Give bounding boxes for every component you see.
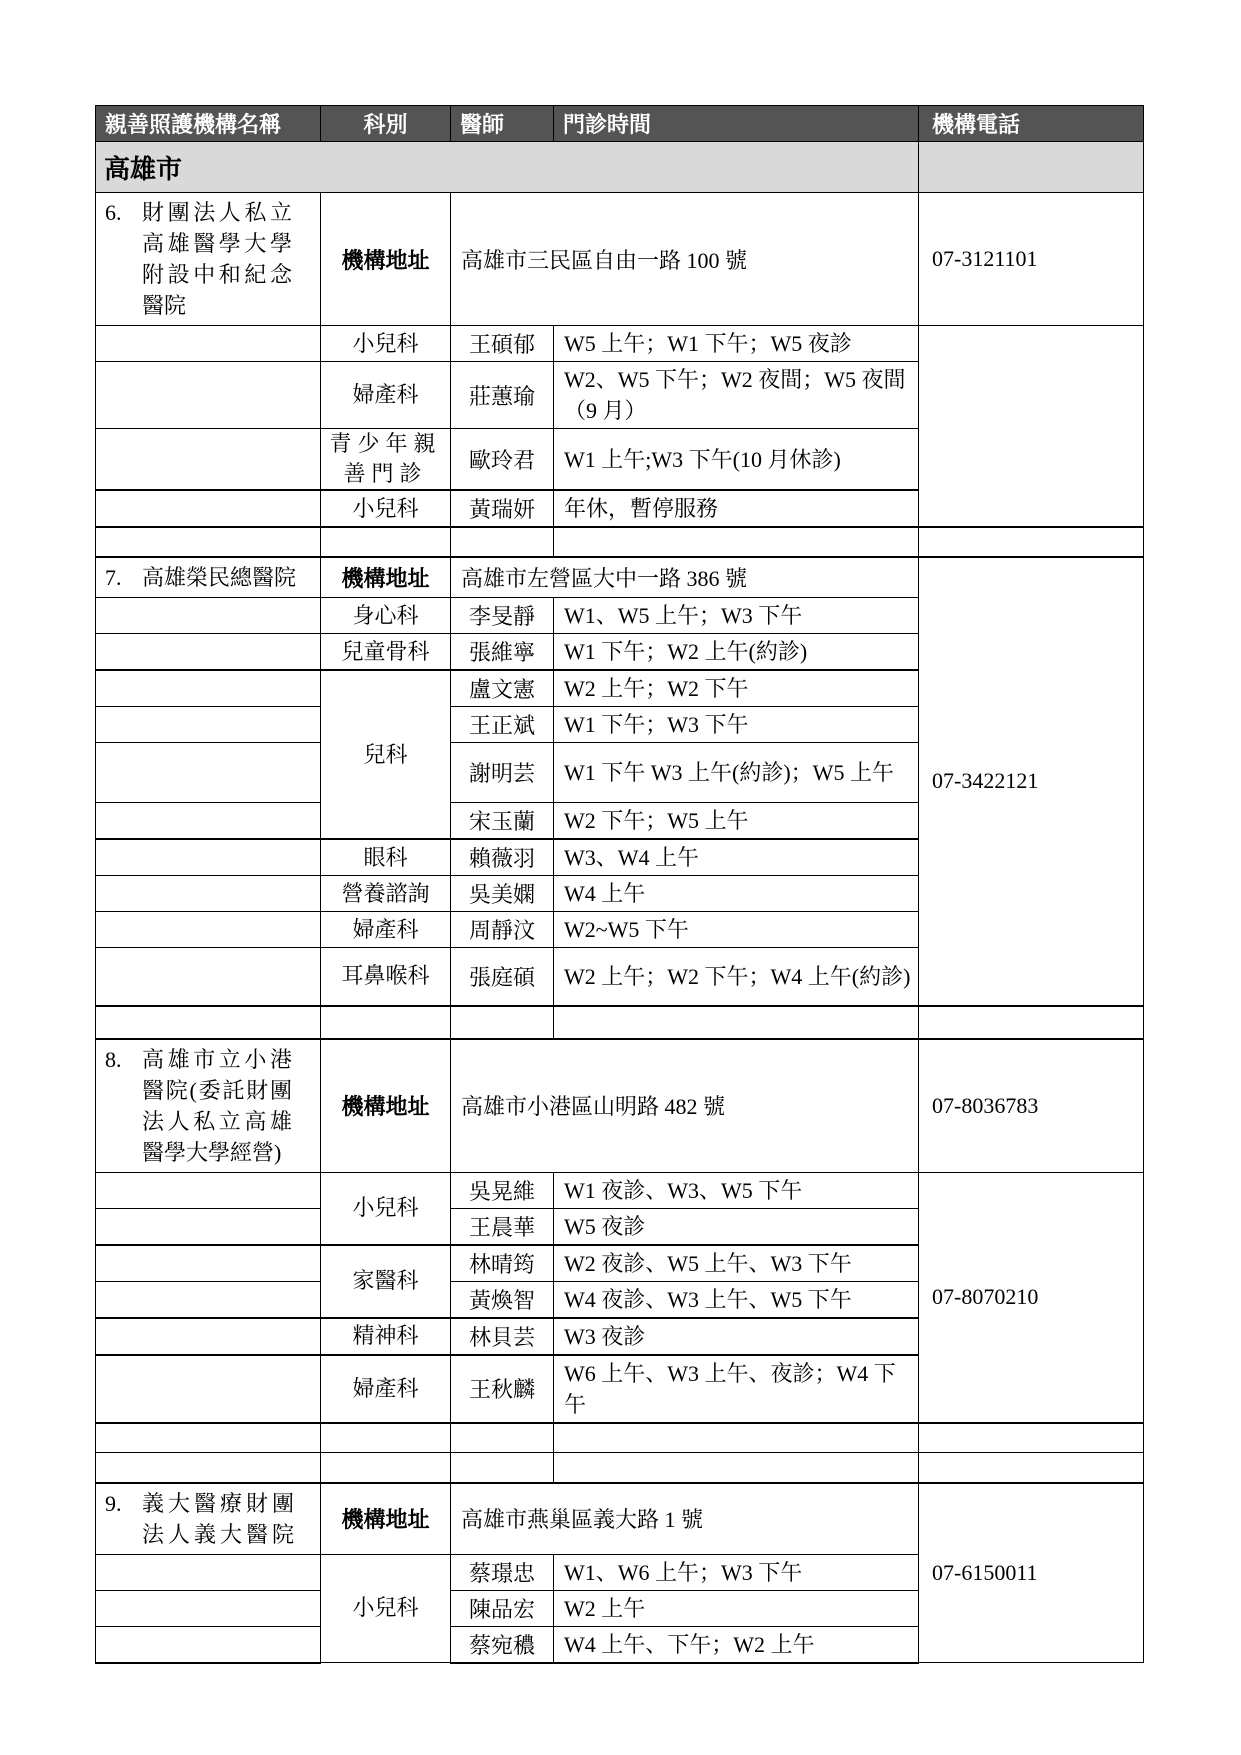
hospital-name: 6. 財團法人私立高雄醫學大學附設中和紀念醫院 (105, 197, 318, 321)
care-institution-table: 親善照護機構名稱 科別 醫師 門診時間 機構電話 高雄市 6. 財團法人私立高雄… (95, 105, 1144, 1664)
empty-cell (96, 1006, 321, 1039)
doctor-cell: 賴薇羽 (451, 839, 554, 876)
hours-cell: W2 上午；W2 下午 (554, 670, 919, 707)
empty-cell (96, 429, 321, 491)
hours-cell: W1、W5 上午；W3 下午 (554, 598, 919, 634)
empty-cell (96, 743, 321, 803)
empty-cell (554, 1453, 919, 1483)
address-value: 高雄市小港區山明路 482 號 (451, 1039, 919, 1173)
hospital-name-cell: 9. 義大醫療財團法人義大醫院 (96, 1483, 321, 1555)
hospital-name-cell: 8. 高雄市立小港醫院(委託財團法人私立高雄醫學大學經營) (96, 1039, 321, 1173)
col-header-doctor: 醫師 (451, 106, 554, 142)
doctor-cell: 歐玲君 (451, 429, 554, 491)
hours-cell: W4 上午 (554, 876, 919, 912)
empty-cell (451, 527, 554, 557)
doctor-cell: 莊蕙瑜 (451, 362, 554, 429)
empty-cell (96, 1626, 321, 1663)
empty-cell (96, 326, 321, 362)
dept-cell: 家醫科 (321, 1245, 451, 1318)
hospital-name: 8. 高雄市立小港醫院(委託財團法人私立高雄醫學大學經營) (105, 1044, 318, 1168)
dept-cell: 精神科 (321, 1318, 451, 1355)
document-page: 親善照護機構名稱 科別 醫師 門診時間 機構電話 高雄市 6. 財團法人私立高雄… (0, 0, 1241, 1755)
doctor-cell: 李旻靜 (451, 598, 554, 634)
address-value: 高雄市三民區自由一路 100 號 (451, 193, 919, 326)
address-label: 機構地址 (321, 1483, 451, 1555)
hospital-7-address-row: 7. 高雄榮民總醫院 機構地址 高雄市左營區大中一路 386 號 07-3422… (96, 557, 1144, 598)
hours-cell: W4 上午、下午；W2 上午 (554, 1626, 919, 1663)
hours-cell: W3 夜診 (554, 1318, 919, 1355)
empty-cell (96, 803, 321, 840)
empty-cell (554, 527, 919, 557)
address-label: 機構地址 (321, 557, 451, 598)
phone-value: 07-3422121 (919, 557, 1144, 1006)
separator-row (96, 1006, 1144, 1039)
doctor-cell: 宋玉蘭 (451, 803, 554, 840)
hours-cell: W1 下午；W3 下午 (554, 707, 919, 743)
address-value: 高雄市燕巢區義大路 1 號 (451, 1483, 919, 1555)
hospital-name-text: 義大醫療財團法人義大醫院 (142, 1488, 300, 1550)
empty-cell (451, 1423, 554, 1453)
doctor-cell: 王碩郁 (451, 326, 554, 362)
hospital-9-address-row: 9. 義大醫療財團法人義大醫院 機構地址 高雄市燕巢區義大路 1 號 07-61… (96, 1483, 1144, 1555)
hospital-name: 7. 高雄榮民總醫院 (105, 562, 318, 593)
doctor-row: 小兒科 吳晃維 W1 夜診、W3、W5 下午 07-8070210 (96, 1172, 1144, 1208)
hospital-6-address-row: 6. 財團法人私立高雄醫學大學附設中和紀念醫院 機構地址 高雄市三民區自由一路 … (96, 193, 1144, 326)
doctor-cell: 周靜汶 (451, 912, 554, 948)
empty-cell (96, 1208, 321, 1245)
empty-cell (451, 1006, 554, 1039)
doctor-cell: 謝明芸 (451, 743, 554, 803)
empty-cell (919, 527, 1144, 557)
empty-cell (321, 527, 451, 557)
col-header-institution: 親善照護機構名稱 (96, 106, 321, 142)
doctor-cell: 王正斌 (451, 707, 554, 743)
dept-cell: 身心科 (321, 598, 451, 634)
empty-cell (96, 839, 321, 876)
empty-cell (919, 1006, 1144, 1039)
hours-cell: W1、W6 上午；W3 下午 (554, 1554, 919, 1590)
dept-cell: 小兒科 (321, 326, 451, 362)
col-header-hours: 門診時間 (554, 106, 919, 142)
hours-cell: W1 下午 W3 上午(約診)；W5 上午 (554, 743, 919, 803)
doctor-cell: 黃瑞妍 (451, 490, 554, 527)
city-section-phone-cell (919, 142, 1144, 193)
hours-cell: W3、W4 上午 (554, 839, 919, 876)
phone-value: 07-8036783 (919, 1039, 1144, 1173)
empty-cell (96, 490, 321, 527)
dept-cell: 兒科 (321, 670, 451, 839)
doctor-cell: 黃煥智 (451, 1281, 554, 1318)
phone-value: 07-8070210 (919, 1172, 1144, 1423)
hospital-8-address-row: 8. 高雄市立小港醫院(委託財團法人私立高雄醫學大學經營) 機構地址 高雄市小港… (96, 1039, 1144, 1173)
dept-cell: 小兒科 (321, 490, 451, 527)
hospital-name: 9. 義大醫療財團法人義大醫院 (105, 1488, 318, 1550)
hospital-name-text: 財團法人私立高雄醫學大學附設中和紀念醫院 (142, 197, 292, 321)
hours-cell: W6 上午、W3 上午、夜診；W4 下午 (554, 1355, 919, 1423)
empty-cell (96, 1172, 321, 1208)
hours-cell: W5 上午；W1 下午；W5 夜診 (554, 326, 919, 362)
empty-cell (919, 1423, 1144, 1453)
header-row: 親善照護機構名稱 科別 醫師 門診時間 機構電話 (96, 106, 1144, 142)
doctor-row: 小兒科 王碩郁 W5 上午；W1 下午；W5 夜診 (96, 326, 1144, 362)
separator-row (96, 1453, 1144, 1483)
empty-phone-cell (919, 326, 1144, 528)
empty-cell (919, 1453, 1144, 1483)
doctor-cell: 蔡璟忠 (451, 1554, 554, 1590)
doctor-cell: 吳晃維 (451, 1172, 554, 1208)
doctor-cell: 林晴筠 (451, 1245, 554, 1282)
doctor-cell: 吳美嫻 (451, 876, 554, 912)
dept-cell: 婦產科 (321, 912, 451, 948)
empty-cell (321, 1006, 451, 1039)
empty-cell (96, 1590, 321, 1626)
empty-cell (451, 1453, 554, 1483)
hours-cell: W2~W5 下午 (554, 912, 919, 948)
city-section-row: 高雄市 (96, 142, 1144, 193)
hours-cell: W2 下午；W5 上午 (554, 803, 919, 840)
hours-cell: 年休，暫停服務 (554, 490, 919, 527)
empty-cell (96, 670, 321, 707)
empty-cell (96, 912, 321, 948)
col-header-department: 科別 (321, 106, 451, 142)
hospital-number: 8. (105, 1044, 142, 1075)
dept-text: 青少年親善門診 (328, 429, 444, 489)
col-header-phone: 機構電話 (919, 106, 1144, 142)
hours-cell: W2 上午 (554, 1590, 919, 1626)
dept-cell: 小兒科 (321, 1172, 451, 1245)
hours-cell: W1 夜診、W3、W5 下午 (554, 1172, 919, 1208)
empty-cell (96, 1423, 321, 1453)
hospital-name-cell: 6. 財團法人私立高雄醫學大學附設中和紀念醫院 (96, 193, 321, 326)
empty-cell (96, 1281, 321, 1318)
empty-cell (96, 948, 321, 1006)
empty-cell (96, 527, 321, 557)
dept-cell: 耳鼻喉科 (321, 948, 451, 1006)
empty-cell (96, 707, 321, 743)
phone-value: 07-6150011 (919, 1483, 1144, 1663)
address-label: 機構地址 (321, 193, 451, 326)
empty-cell (96, 362, 321, 429)
doctor-cell: 張庭碩 (451, 948, 554, 1006)
hours-cell: W2、W5 下午；W2 夜間；W5 夜間（9 月） (554, 362, 919, 429)
hospital-name-cell: 7. 高雄榮民總醫院 (96, 557, 321, 598)
phone-value: 07-3121101 (919, 193, 1144, 326)
empty-cell (96, 1554, 321, 1590)
doctor-cell: 林貝芸 (451, 1318, 554, 1355)
address-label: 機構地址 (321, 1039, 451, 1173)
separator-row (96, 1423, 1144, 1453)
dept-cell: 營養諮詢 (321, 876, 451, 912)
empty-cell (321, 1423, 451, 1453)
doctor-cell: 陳品宏 (451, 1590, 554, 1626)
empty-cell (96, 1318, 321, 1355)
address-value: 高雄市左營區大中一路 386 號 (451, 557, 919, 598)
dept-cell: 兒童骨科 (321, 634, 451, 671)
city-section-label: 高雄市 (96, 142, 919, 193)
empty-cell (96, 1245, 321, 1282)
doctor-cell: 蔡宛穠 (451, 1626, 554, 1663)
empty-cell (96, 598, 321, 634)
hospital-number: 6. (105, 197, 142, 228)
hours-cell: W1 下午；W2 上午(約診) (554, 634, 919, 671)
empty-cell (554, 1423, 919, 1453)
doctor-cell: 盧文憲 (451, 670, 554, 707)
doctor-cell: 王秋麟 (451, 1355, 554, 1423)
hours-cell: W5 夜診 (554, 1208, 919, 1245)
dept-cell: 青少年親善門診 (321, 429, 451, 491)
hours-cell: W2 夜診、W5 上午、W3 下午 (554, 1245, 919, 1282)
empty-cell (96, 1355, 321, 1423)
hours-cell: W2 上午；W2 下午；W4 上午(約診) (554, 948, 919, 1006)
hours-cell: W1 上午;W3 下午(10 月休診) (554, 429, 919, 491)
hospital-name-text: 高雄市立小港醫院(委託財團法人私立高雄醫學大學經營) (142, 1044, 292, 1168)
dept-cell: 小兒科 (321, 1554, 451, 1663)
empty-cell (554, 1006, 919, 1039)
dept-cell: 眼科 (321, 839, 451, 876)
doctor-cell: 張維寧 (451, 634, 554, 671)
empty-cell (321, 1453, 451, 1483)
empty-cell (96, 634, 321, 671)
dept-cell: 婦產科 (321, 1355, 451, 1423)
hospital-number: 9. (105, 1488, 142, 1519)
hours-cell: W4 夜診、W3 上午、W5 下午 (554, 1281, 919, 1318)
empty-cell (96, 1453, 321, 1483)
hospital-number: 7. (105, 562, 142, 593)
hospital-name-text: 高雄榮民總醫院 (142, 562, 296, 593)
dept-cell: 婦產科 (321, 362, 451, 429)
empty-cell (96, 876, 321, 912)
separator-row (96, 527, 1144, 557)
doctor-cell: 王晨華 (451, 1208, 554, 1245)
